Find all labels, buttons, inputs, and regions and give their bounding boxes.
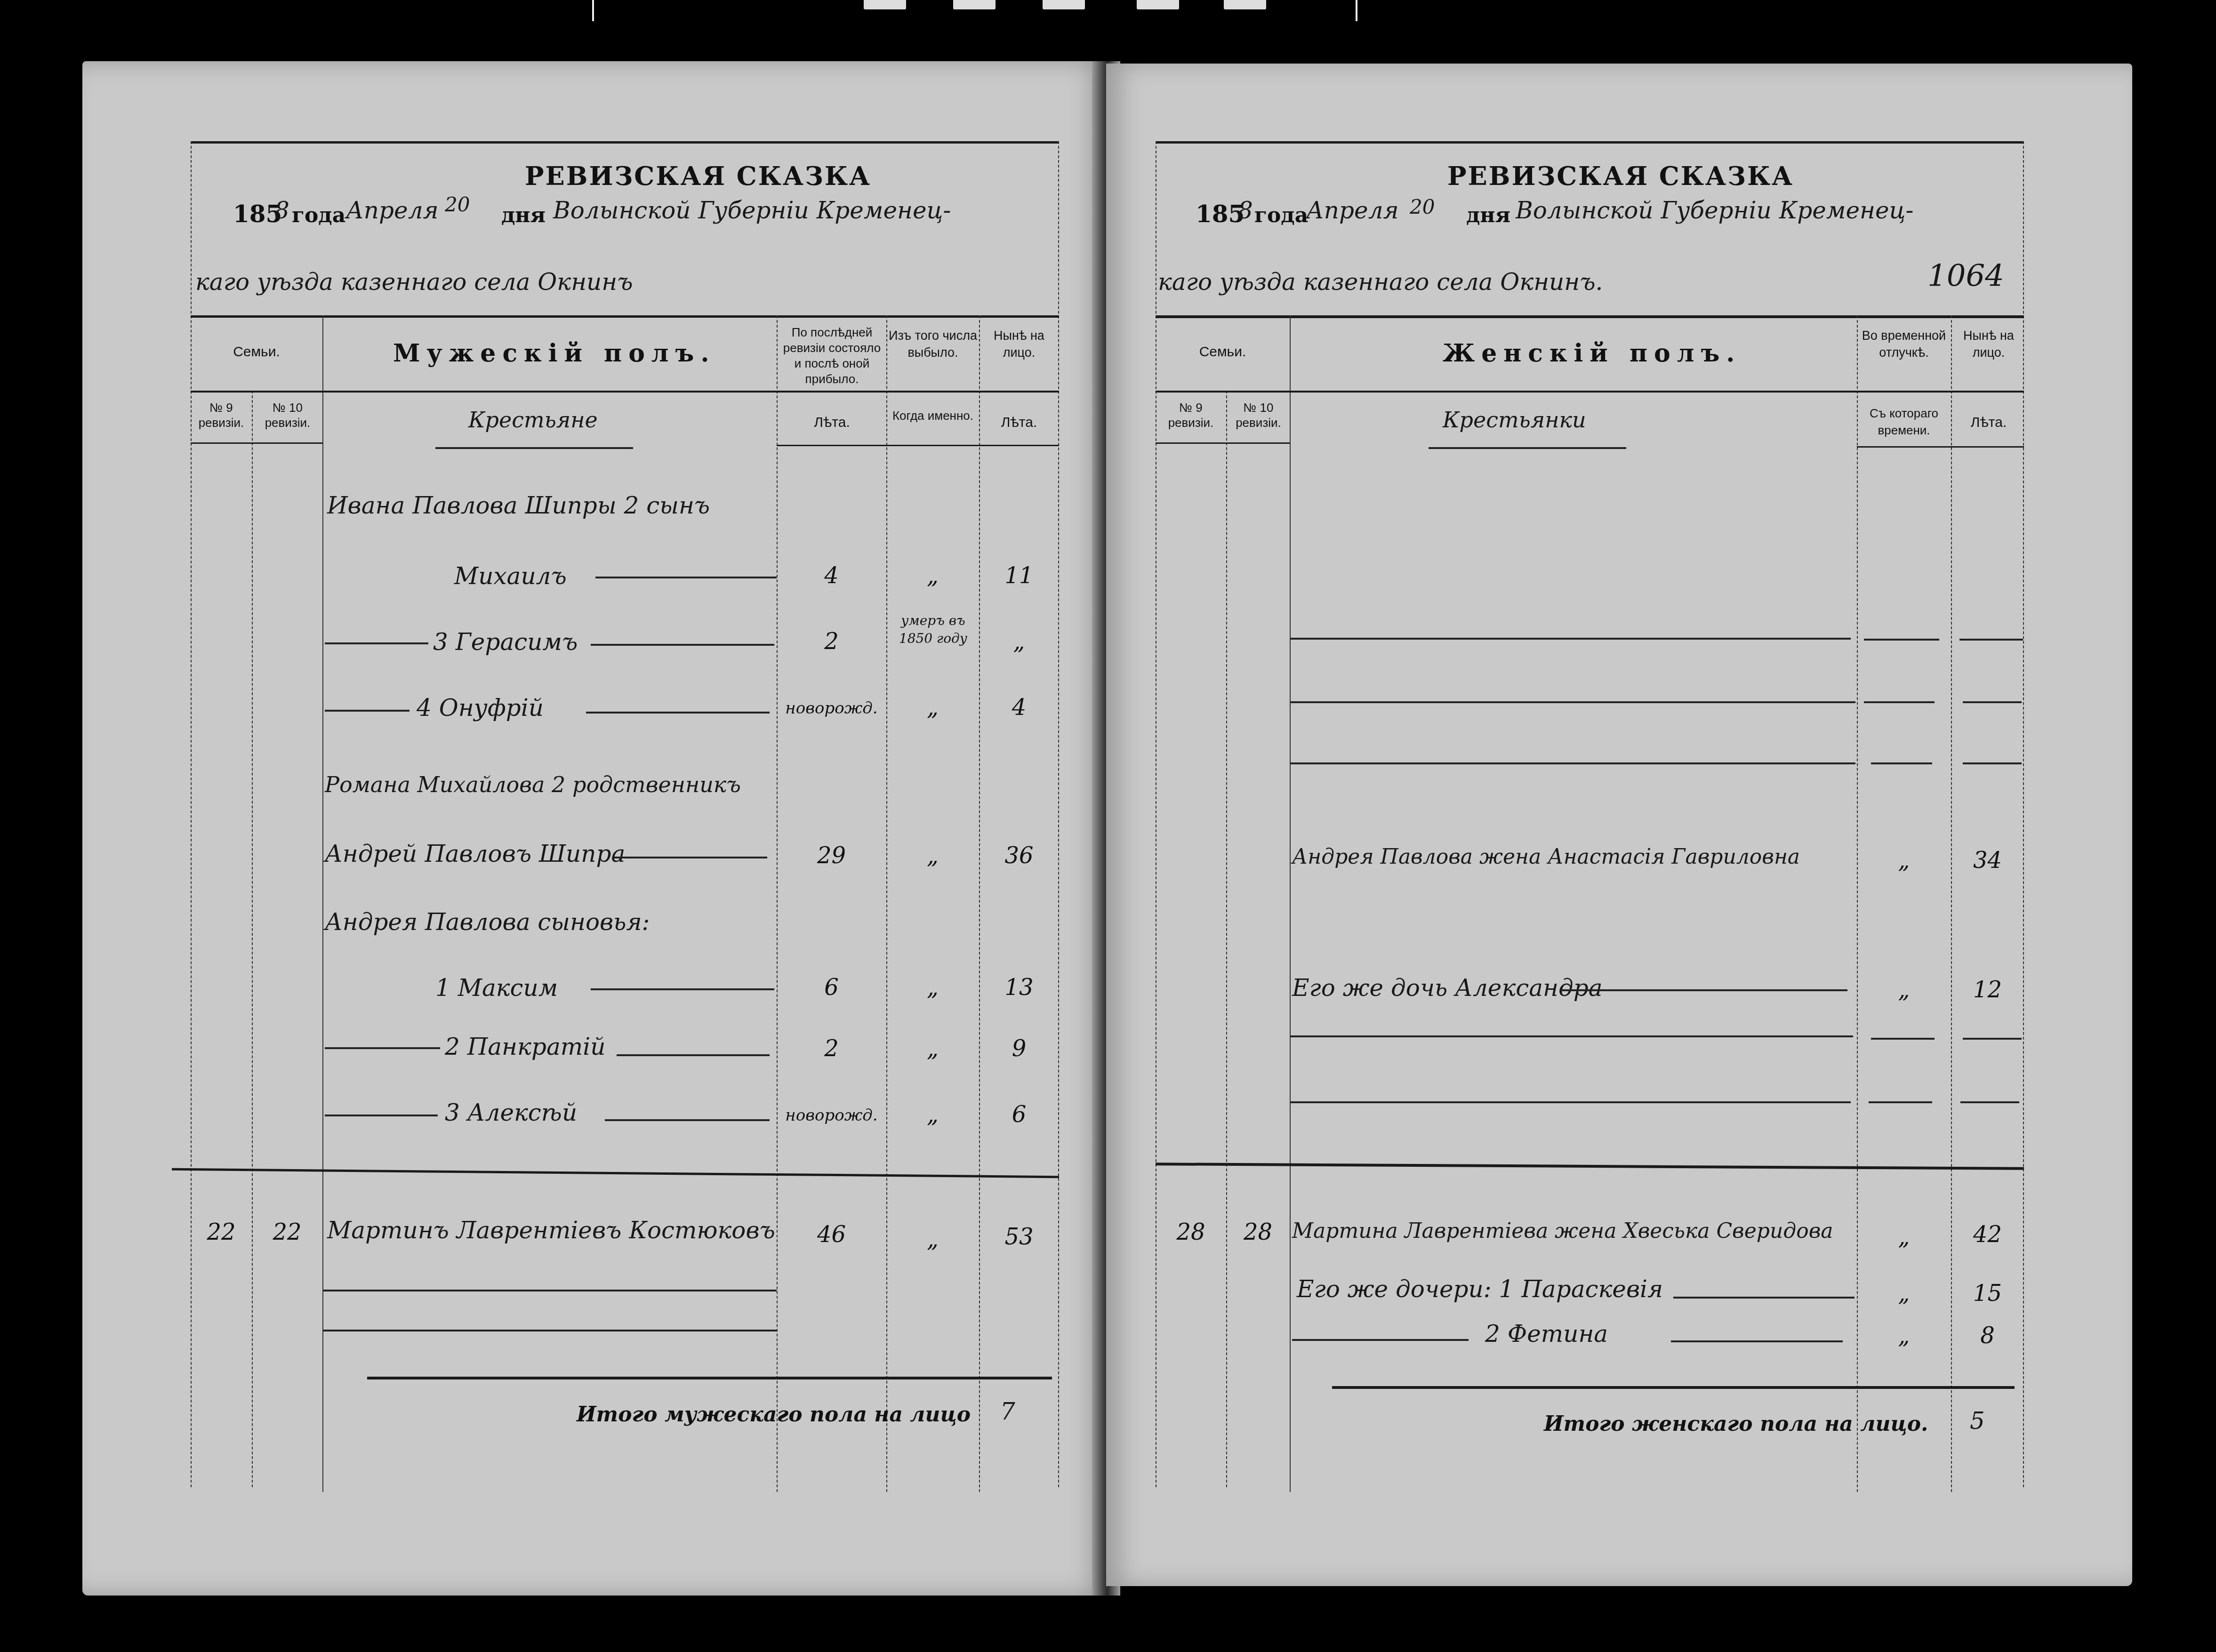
row-departed: „ [886, 562, 979, 589]
row-departed: „ [886, 974, 979, 1001]
row-last-rev: 2 [777, 1035, 886, 1062]
total-value: 5 [1970, 1407, 1985, 1435]
goda-label: года [292, 203, 345, 227]
row-departed: „ [886, 1101, 979, 1128]
empty-row-line [1291, 762, 1855, 764]
empty-row-line [1291, 701, 1855, 703]
row-name: Андрея Павлова жена Анастасія Гавриловна [1292, 845, 1800, 869]
row-filler-line [1560, 989, 1847, 991]
left-border [191, 141, 193, 1487]
empty-row-line [1864, 701, 1935, 703]
empty-row-line [1963, 1038, 2022, 1040]
total-rule [367, 1377, 1052, 1379]
film-tick [1356, 0, 1357, 21]
empty-row-line [1869, 1101, 1932, 1103]
row-name: 4 Онуфрій [417, 694, 544, 722]
month-hand: Апреля [346, 197, 439, 224]
row-name: Романа Михайлова 2 родственникъ [325, 772, 741, 797]
year-hand: 8 [1238, 197, 1253, 224]
row-name: 1 Максим [435, 974, 558, 1002]
row-name: Мартина Лаврентіева жена Хвеська Сверидо… [1292, 1219, 1833, 1243]
place-line2-hand: каго уѣзда казеннаго села Окнинъ. [1158, 268, 1603, 296]
row-last-rev: 2 [777, 628, 886, 655]
empty-row-line [323, 1330, 777, 1331]
col-divider-name [1290, 315, 1291, 1492]
header-mid-rule [191, 391, 1059, 393]
document-title: РЕВИЗСКАЯ СКАЗКА [525, 161, 871, 191]
col-sub-last-rev: Лѣта. [779, 414, 885, 431]
left-form: РЕВИЗСКАЯ СКАЗКА 185 8 года Апреля 20 дн… [191, 141, 1059, 1506]
col-sub-absence: Съ котораго времени. [1859, 405, 1949, 439]
month-hand: Апреля [1306, 197, 1399, 224]
empty-row-line [1864, 639, 1939, 641]
row-filler-line [591, 988, 774, 990]
place-hand: Волынской Губерніи Кременец- [553, 197, 951, 224]
family-separator-rule [172, 1168, 1059, 1178]
dnya-label: дня [1466, 203, 1510, 227]
empty-row-line [1963, 762, 2022, 764]
col-sub-departed: Когда именно. [888, 407, 978, 424]
row-filler-line [1292, 1339, 1469, 1341]
header-mid-rule [1156, 391, 2024, 393]
col-divider-rev [252, 391, 254, 1487]
row-name: Его же дочери: 1 Параскевія [1297, 1275, 1663, 1303]
row-now: 36 [979, 842, 1059, 869]
right-page: РЕВИЗСКАЯ СКАЗКА 185 8 года Апреля 20 дн… [1106, 64, 2132, 1586]
row-rev9: 22 [191, 1219, 252, 1245]
row-rev10: 28 [1226, 1219, 1290, 1245]
row-filler-line [325, 710, 409, 712]
row-now: 9 [979, 1035, 1059, 1062]
col-sub-now: Лѣта. [981, 414, 1057, 431]
row-name: Андрея Павлова сыновья: [325, 908, 650, 936]
row-now: 4 [979, 694, 1059, 721]
film-tick [592, 0, 594, 21]
row-now: 42 [1951, 1221, 2024, 1248]
col-divider-name [322, 315, 323, 1492]
row-filler-line [595, 577, 777, 578]
col-divider-now [1951, 315, 1953, 1492]
col-header-departed: Изъ того числа выбыло. [888, 327, 978, 361]
row-now: 6 [979, 1101, 1059, 1128]
row-last-rev: новорожд. [777, 699, 886, 718]
empty-row-line [1291, 638, 1851, 640]
col-sub-now: Лѣта. [1953, 414, 2024, 431]
goda-label: года [1254, 203, 1308, 227]
row-departed: „ [886, 842, 979, 869]
folio-number: 1064 [1927, 259, 2004, 294]
row-name: Ивана Павлова Шипры 2 сынъ [327, 492, 710, 519]
film-frame-mark [1224, 0, 1266, 9]
row-filler-line [325, 1047, 440, 1049]
total-label: Итого мужескаго пола на лицо [577, 1403, 971, 1427]
film-frame-mark [864, 0, 906, 9]
col-header-sex: Женскій полъ. [1443, 339, 1741, 368]
row-rev9: 28 [1156, 1219, 1226, 1245]
row-absence: „ [1857, 1323, 1951, 1349]
empty-row-line [1959, 639, 2023, 641]
row-absence: „ [1857, 847, 1951, 874]
empty-row-line [1963, 701, 2022, 703]
row-now: 8 [1951, 1323, 2024, 1349]
right-border [1058, 141, 1060, 1487]
row-name: 2 Панкратій [445, 1033, 605, 1060]
total-rule [1332, 1386, 2015, 1389]
col-divider-departed [886, 315, 888, 1492]
empty-row-line [1960, 1101, 2019, 1103]
row-now: „ [979, 628, 1059, 655]
row-last-rev: 6 [777, 974, 886, 1001]
col-header-sex: Мужескій полъ. [393, 339, 715, 368]
film-frame-mark [953, 0, 996, 9]
col-header-last-rev: По послѣдней ревизіи состояло и послѣ он… [779, 325, 885, 387]
empty-row-line [1291, 1035, 1853, 1037]
row-filler-line [1671, 1340, 1843, 1342]
document-title: РЕВИЗСКАЯ СКАЗКА [1447, 161, 1794, 191]
day-hand: 20 [1410, 195, 1435, 218]
year-hand: 8 [274, 197, 289, 224]
estate-underline [1429, 447, 1626, 449]
table-top-rule [1156, 315, 2024, 318]
estate-label: Крестьянки [1443, 407, 1586, 433]
top-rule [191, 141, 1059, 144]
row-name: 2 Фетина [1485, 1320, 1608, 1347]
row-filler-line [586, 712, 770, 714]
row-last-rev: новорожд. [777, 1106, 886, 1125]
empty-row-line [323, 1290, 777, 1291]
row-name: 3 Алексѣй [445, 1099, 577, 1126]
row-filler-line [614, 857, 767, 858]
row-now: 12 [1951, 977, 2024, 1003]
data-sub-rule [777, 445, 1059, 446]
row-name: 3 Герасимъ [433, 628, 578, 656]
row-last-rev: 46 [777, 1221, 886, 1248]
row-departed: „ [886, 1035, 979, 1062]
row-filler-line [591, 644, 774, 646]
rev-sub-rule [191, 442, 322, 444]
rev-sub-rule [1156, 442, 1290, 444]
row-departed: умеръ въ 1850 году [887, 612, 979, 648]
col-header-rev10: № 10 ревизіи. [1227, 400, 1290, 430]
col-divider-now [979, 315, 981, 1492]
film-frame-mark [1137, 0, 1179, 9]
row-now: 53 [979, 1224, 1059, 1250]
row-filler-line [617, 1054, 770, 1056]
col-header-families: Семьи. [191, 344, 322, 361]
row-rev10: 22 [252, 1219, 322, 1245]
total-value: 7 [1000, 1398, 1015, 1425]
row-last-rev: 29 [777, 842, 886, 869]
col-header-rev9: № 9 ревизіи. [191, 400, 252, 430]
row-filler-line [325, 1115, 438, 1116]
col-header-now: Нынѣ на лицо. [981, 327, 1057, 361]
row-name: Мартинъ Лаврентіевъ Костюковъ [327, 1217, 775, 1244]
table-top-rule [191, 315, 1059, 318]
film-strip [0, 0, 2216, 64]
row-absence: „ [1857, 977, 1951, 1003]
row-name: Его же дочь Александра [1292, 974, 1603, 1002]
col-header-now: Нынѣ на лицо. [1953, 327, 2024, 361]
row-name: Андрей Павловъ Шипра [325, 840, 625, 867]
top-rule [1156, 141, 2024, 144]
empty-row-line [1291, 1101, 1851, 1103]
col-header-absence: Во временной отлучкѣ. [1859, 327, 1949, 361]
col-divider-lastrev [777, 315, 779, 1492]
estate-label: Крестьяне [468, 407, 598, 433]
left-page: РЕВИЗСКАЯ СКАЗКА 185 8 года Апреля 20 дн… [82, 61, 1106, 1596]
row-now: 13 [979, 974, 1059, 1001]
place-hand: Волынской Губерніи Кременец- [1516, 197, 1913, 224]
col-header-families: Семьи. [1156, 344, 1290, 361]
row-name: Михаилъ [454, 562, 567, 590]
family-separator-rule [1156, 1163, 2024, 1170]
row-filler-line [325, 642, 428, 644]
row-absence: „ [1857, 1224, 1951, 1250]
dnya-label: дня [501, 203, 546, 227]
left-border [1156, 141, 1157, 1487]
film-frame-mark [1043, 0, 1085, 9]
row-departed: „ [886, 694, 979, 721]
row-now: 15 [1951, 1280, 2024, 1307]
col-header-rev9: № 9 ревизіи. [1156, 400, 1226, 430]
estate-underline [435, 447, 633, 449]
empty-row-line [1871, 1038, 1935, 1040]
row-departed: „ [886, 1226, 979, 1252]
row-absence: „ [1857, 1280, 1951, 1307]
row-filler-line [605, 1119, 770, 1121]
col-header-rev10: № 10 ревизіи. [253, 400, 322, 430]
total-label: Итого женскаго пола на лицо. [1544, 1412, 1928, 1436]
row-now: 11 [979, 562, 1059, 589]
day-hand: 20 [445, 193, 470, 216]
col-divider-absence [1857, 315, 1859, 1492]
row-last-rev: 4 [777, 562, 886, 589]
data-sub-rule [1857, 446, 2024, 448]
row-now: 34 [1951, 847, 2024, 874]
row-filler-line [1673, 1297, 1855, 1299]
place-line2-hand: каго уѣзда казеннаго села Окнинъ [195, 268, 633, 296]
year-printed: 185 [1196, 200, 1244, 228]
right-form: РЕВИЗСКАЯ СКАЗКА 185 8 года Апреля 20 дн… [1156, 141, 2024, 1506]
col-divider-rev [1226, 391, 1228, 1487]
empty-row-line [1871, 762, 1932, 764]
